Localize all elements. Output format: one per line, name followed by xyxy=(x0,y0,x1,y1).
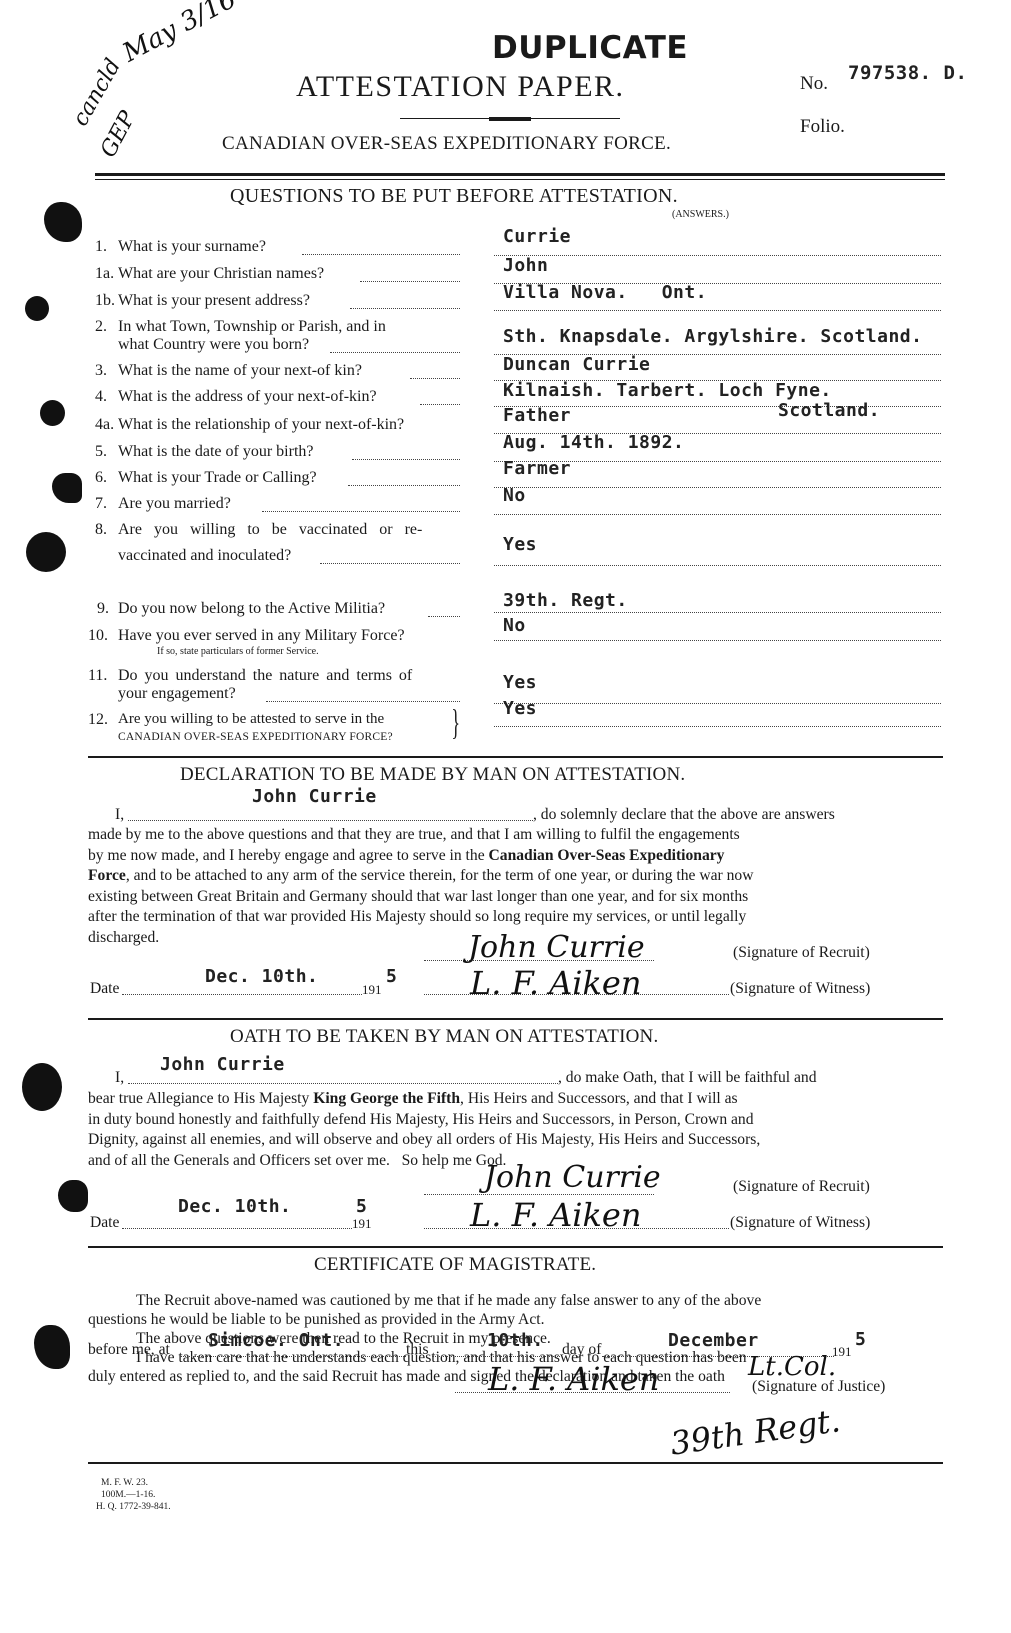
question-number: 11. xyxy=(88,667,107,685)
answer-vaccinated: Yes xyxy=(503,534,537,555)
oath-line-1: , do make Oath, that I will be faithful … xyxy=(558,1068,817,1089)
question-leader-dots xyxy=(360,281,460,282)
question-number: 3. xyxy=(95,362,107,380)
magistrate-para-1-line-1: The Recruit above-named was cautioned by… xyxy=(88,1291,943,1310)
question-leader-dots xyxy=(350,308,460,309)
witness-signature-label: (Signature of Witness) xyxy=(730,979,870,1000)
print-run: 100M.—1-16. xyxy=(101,1490,155,1500)
declaration-recruit-name: John Currie xyxy=(252,786,377,807)
oath-line-4: Dignity, against all enemies, and will o… xyxy=(88,1130,943,1151)
question-leader-dots xyxy=(330,352,460,353)
question-number: 5. xyxy=(95,443,107,461)
punch-hole-blot xyxy=(52,473,82,503)
oath-recruit-name: John Currie xyxy=(160,1054,285,1075)
oath-year-suffix: 5 xyxy=(356,1196,367,1217)
handwritten-initials: GEP xyxy=(96,107,141,162)
oath-name-line xyxy=(128,1083,558,1084)
answer-surname: Currie xyxy=(503,226,571,247)
declaration-year-prefix: 191 xyxy=(362,980,382,1001)
question-number: 4a. xyxy=(95,416,114,434)
oath-line-2: bear true Allegiance to His Majesty King… xyxy=(88,1089,943,1110)
title-ornament-center xyxy=(489,117,531,121)
question-text: Are you willing to be vaccinated or re- xyxy=(118,521,422,539)
oath-date-label: Date xyxy=(90,1213,119,1234)
punch-hole xyxy=(22,1063,62,1111)
oath-date: Dec. 10th. xyxy=(178,1196,291,1217)
answer-line xyxy=(494,255,941,256)
question-leader-dots xyxy=(266,701,460,702)
this-label: this xyxy=(406,1340,429,1361)
question-leader-dots xyxy=(428,616,460,617)
answer-active-militia: 39th. Regt. xyxy=(503,590,628,611)
footer-divider xyxy=(88,1462,943,1464)
question-number: 1. xyxy=(95,238,107,256)
answer-line xyxy=(494,612,941,613)
answer-line xyxy=(494,565,941,566)
oath-line-2-text: bear true Allegiance to His Majesty xyxy=(88,1090,313,1107)
question-text: What is the address of your next-of-kin? xyxy=(118,388,377,406)
brace: } xyxy=(451,704,460,740)
day-line xyxy=(432,1356,560,1357)
declaration-year-suffix: 5 xyxy=(386,966,397,987)
punch-hole-blot xyxy=(34,1325,70,1369)
answer-understand-terms: Yes xyxy=(503,672,537,693)
section-divider xyxy=(88,756,943,758)
oath-witness-signature: L. F. Aiken xyxy=(470,1196,641,1234)
answer-line xyxy=(494,310,941,311)
answers-column-label: (ANSWERS.) xyxy=(672,209,729,220)
answer-relationship: Father xyxy=(503,405,571,426)
declaration-date-line xyxy=(122,994,362,995)
oath-witness-signature-label: (Signature of Witness) xyxy=(730,1213,870,1234)
question-number: 12. xyxy=(88,711,108,729)
oath-body: bear true Allegiance to His Majesty King… xyxy=(88,1089,943,1171)
form-code: M. F. W. 23. xyxy=(101,1478,148,1488)
magistrate-heading: CERTIFICATE OF MAGISTRATE. xyxy=(314,1254,596,1276)
declaration-line-1: , do solemnly declare that the above are… xyxy=(533,805,835,826)
declaration-line-3-text: by me now made, and I hereby engage and … xyxy=(88,847,489,864)
number-label: No. xyxy=(800,73,828,95)
question-text: What is the name of your next-of kin? xyxy=(118,362,362,380)
punch-hole xyxy=(25,296,49,321)
answer-willing-to-serve: Yes xyxy=(503,698,537,719)
question-text: What is your Trade or Calling? xyxy=(118,469,317,487)
declaration-force-name: Canadian Over-Seas Expeditionary xyxy=(489,847,725,864)
question-leader-dots xyxy=(352,459,460,460)
attestation-place: Simcoe. Ont. xyxy=(208,1330,344,1351)
recruit-signature-label: (Signature of Recruit) xyxy=(733,943,870,964)
document-title: ATTESTATION PAPER. xyxy=(296,70,625,104)
oath-recruit-signature-label: (Signature of Recruit) xyxy=(733,1177,870,1198)
question-text-cont: what Country were you born? xyxy=(118,336,309,354)
answer-next-of-kin-address: Kilnaish. Tarbert. Loch Fyne. xyxy=(503,380,832,401)
question-subtext: If so, state particulars of former Servi… xyxy=(157,646,319,657)
declaration-line-5: existing between Great Britain and Germa… xyxy=(88,887,943,908)
answer-trade: Farmer xyxy=(503,458,571,479)
regiment-handwritten: 39th Regt. xyxy=(668,1401,843,1462)
answer-line xyxy=(494,514,941,515)
answer-christian-names: John xyxy=(503,255,548,276)
declaration-name-prefix: I, xyxy=(115,805,124,826)
folio-label: Folio. xyxy=(800,116,845,138)
answer-line xyxy=(494,487,941,488)
question-number: 2. xyxy=(95,318,107,336)
question-leader-dots xyxy=(410,378,460,379)
document-subtitle: CANADIAN OVER-SEAS EXPEDITIONARY FORCE. xyxy=(222,133,671,155)
justice-signature-label: (Signature of Justice) xyxy=(752,1377,885,1398)
answer-line xyxy=(494,640,941,641)
question-number: 6. xyxy=(95,469,107,487)
answer-next-of-kin-name: Duncan Currie xyxy=(503,354,650,375)
place-line xyxy=(180,1356,406,1357)
section-divider xyxy=(88,1246,943,1248)
question-text: Have you ever served in any Military For… xyxy=(118,627,405,645)
oath-recruit-signature: John Currie xyxy=(484,1160,661,1195)
declaration-heading: DECLARATION TO BE MADE BY MAN ON ATTESTA… xyxy=(180,764,685,786)
answer-next-of-kin-address-cont: Scotland. xyxy=(778,400,880,421)
question-text-smallcaps: CANADIAN OVER-SEAS EXPEDITIONARY FORCE? xyxy=(118,731,393,743)
question-leader-dots xyxy=(420,404,460,405)
answer-birthplace: Sth. Knapsdale. Argylshire. Scotland. xyxy=(503,326,922,347)
oath-king-name: King George the Fifth xyxy=(313,1090,460,1107)
question-number: 1b. xyxy=(95,292,115,310)
question-leader-dots xyxy=(302,254,460,255)
oath-line-3: in duty bound honestly and faithfully de… xyxy=(88,1110,943,1131)
magistrate-para-1-line-2: questions he would be liable to be punis… xyxy=(88,1310,943,1329)
answer-line xyxy=(494,703,941,704)
question-text: What is the relationship of your next-of… xyxy=(118,416,404,434)
header-divider-thin xyxy=(95,179,945,180)
header-divider-thick xyxy=(95,173,945,176)
question-text: Do you understand the nature and terms o… xyxy=(118,667,412,685)
declaration-line-3: by me now made, and I hereby engage and … xyxy=(88,846,943,867)
question-text: Do you now belong to the Active Militia? xyxy=(118,600,385,618)
declaration-date-label: Date xyxy=(90,979,119,1000)
question-number: 7. xyxy=(95,495,107,513)
question-text: What is the date of your birth? xyxy=(118,443,314,461)
question-text: What are your Christian names? xyxy=(118,265,324,283)
magistrate-year-suffix: 5 xyxy=(855,1329,866,1350)
oath-date-line xyxy=(122,1228,352,1229)
witness-signature: L. F. Aiken xyxy=(470,964,641,1002)
questions-heading: QUESTIONS TO BE PUT BEFORE ATTESTATION. xyxy=(230,185,678,208)
declaration-line-2: made by me to the above questions and th… xyxy=(88,825,943,846)
question-text: Are you willing to be attested to serve … xyxy=(118,711,384,728)
oath-year-prefix: 191 xyxy=(352,1214,372,1235)
declaration-name-line xyxy=(128,820,533,821)
question-leader-dots xyxy=(262,511,460,512)
duplicate-label: DUPLICATE xyxy=(492,30,688,66)
question-text-cont: vaccinated and inoculated? xyxy=(118,547,291,565)
punch-hole-blot xyxy=(58,1180,88,1212)
hq-reference: H. Q. 1772-39-841. xyxy=(96,1502,171,1512)
oath-heading: OATH TO BE TAKEN BY MAN ON ATTESTATION. xyxy=(230,1026,658,1048)
declaration-force-word: Force xyxy=(88,867,126,884)
answer-line xyxy=(494,726,941,727)
question-number: 4. xyxy=(95,388,107,406)
section-divider xyxy=(88,1018,943,1020)
justice-signature: L. F. Aiken xyxy=(488,1360,659,1398)
declaration-line-6: after the termination of that war provid… xyxy=(88,907,943,928)
answer-military-force: No xyxy=(503,615,526,636)
question-text: In what Town, Township or Parish, and in xyxy=(118,318,386,336)
answer-married: No xyxy=(503,485,526,506)
day-of-label: day of xyxy=(562,1340,601,1361)
attestation-month: December xyxy=(668,1330,759,1351)
punch-hole xyxy=(40,400,65,426)
recruit-signature: John Currie xyxy=(468,930,645,965)
declaration-line-4: Force, and to be attached to any arm of … xyxy=(88,866,943,887)
question-text: What is your surname? xyxy=(118,238,266,256)
attestation-day: 10th. xyxy=(487,1330,544,1351)
question-number: 1a. xyxy=(95,265,114,283)
answer-present-address: Villa Nova. Ont. xyxy=(503,282,707,303)
regimental-number: 797538. D. xyxy=(848,62,967,84)
question-leader-dots xyxy=(348,485,460,486)
oath-line-2-rest: , His Heirs and Successors, and that I w… xyxy=(460,1090,738,1107)
question-number: 10. xyxy=(88,627,108,645)
question-text-cont: your engagement? xyxy=(118,685,236,703)
oath-name-prefix: I, xyxy=(115,1068,124,1089)
declaration-date: Dec. 10th. xyxy=(205,966,318,987)
answer-date-of-birth: Aug. 14th. 1892. xyxy=(503,432,684,453)
punch-hole xyxy=(26,532,66,572)
before-me-label: before me, at xyxy=(88,1340,170,1361)
question-number: 9. xyxy=(97,600,109,618)
question-number: 8. xyxy=(95,521,107,539)
question-text: What is your present address? xyxy=(118,292,310,310)
punch-hole-blot xyxy=(44,202,82,242)
declaration-line-4-text: , and to be attached to any arm of the s… xyxy=(126,867,754,884)
handwritten-date-annotation: May 3/16 xyxy=(118,0,241,68)
question-text: Are you married? xyxy=(118,495,231,513)
question-leader-dots xyxy=(320,563,460,564)
